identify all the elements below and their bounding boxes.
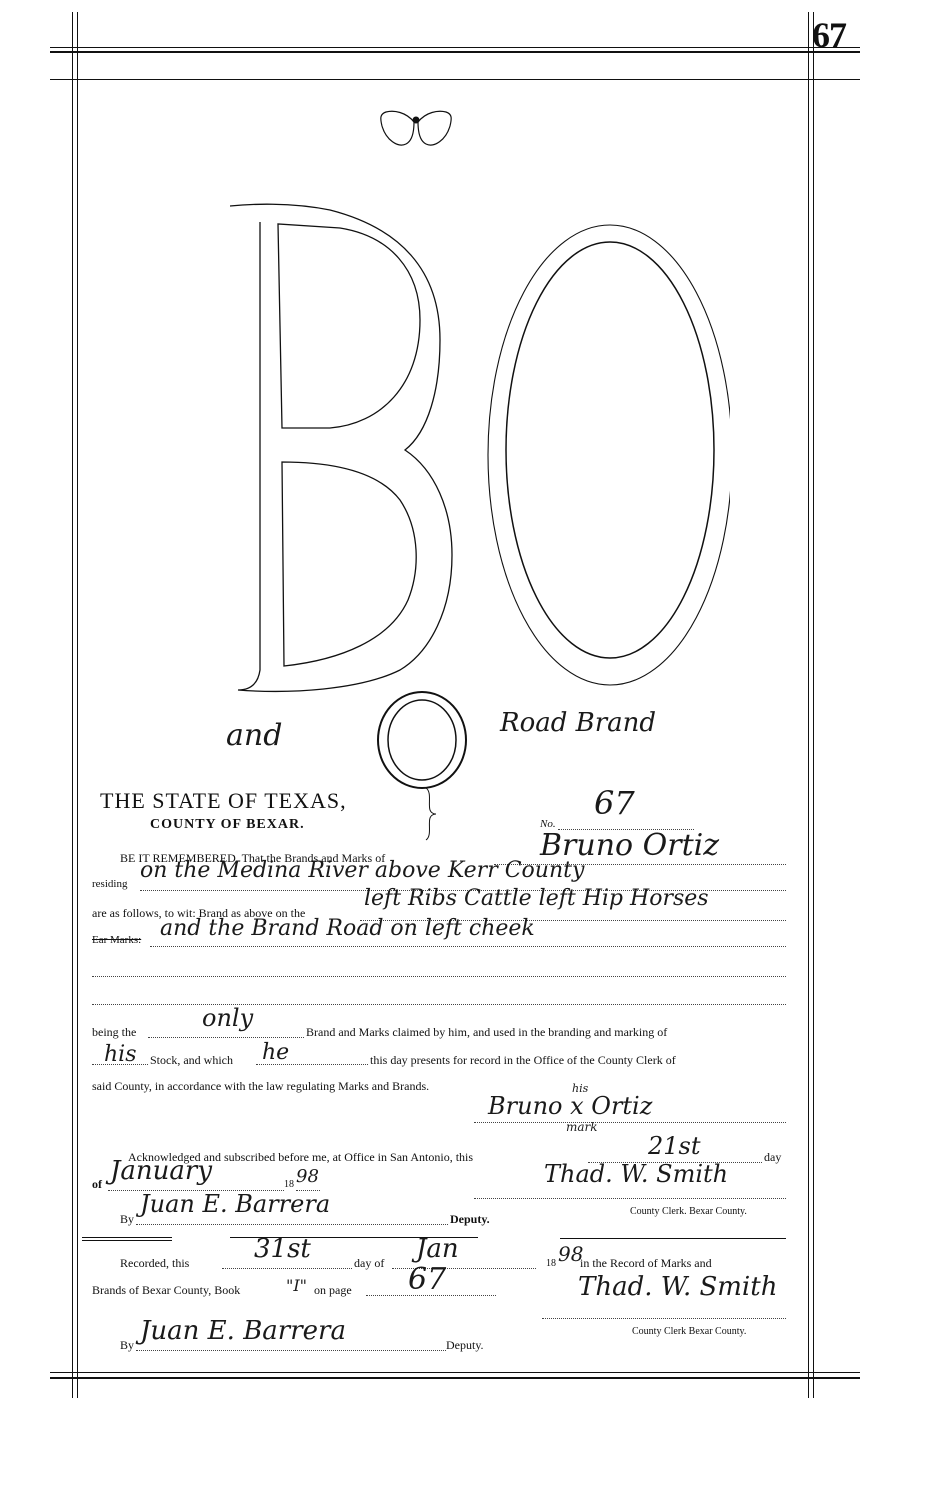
left-margin-line-inner	[77, 12, 78, 1398]
ear-marks-underline	[150, 946, 786, 947]
ear-marks-value: and the Brand Road on left cheek	[160, 916, 535, 941]
rec-record-text: in the Record of Marks and	[580, 1256, 712, 1271]
ack-deputy-label: Deputy.	[450, 1212, 490, 1227]
brace-icon	[422, 786, 438, 842]
top-rule-2	[50, 51, 860, 53]
ear-marks-label: Ear Marks:	[92, 934, 141, 946]
brand-conjunction: and	[226, 718, 282, 753]
number-value: 67	[594, 784, 635, 822]
rec-day-of-label: day of	[354, 1256, 384, 1271]
page-number: 67	[812, 14, 846, 56]
section-divider-left-2	[82, 1240, 172, 1241]
blank-line-1	[92, 976, 786, 977]
bottom-rule-2	[50, 1377, 860, 1379]
top-rule-3	[50, 79, 860, 80]
owner-signature-line	[474, 1122, 786, 1123]
owner-signature: Bruno x Ortiz	[488, 1092, 652, 1120]
left-margin-line	[72, 12, 73, 1398]
ack-of-label: of	[92, 1177, 102, 1192]
only-value: only	[202, 1004, 253, 1032]
section-divider-far	[560, 1238, 786, 1239]
road-brand-icon	[372, 688, 472, 792]
residing-label: residing	[92, 878, 127, 890]
rec-deputy-signature: Juan E. Barrera	[140, 1316, 346, 1346]
rec-page-value: 67	[408, 1262, 446, 1297]
accordance-text: said County, in accordance with the law …	[92, 1079, 429, 1094]
rec-deputy-underline	[136, 1350, 446, 1351]
he-value: he	[262, 1040, 289, 1065]
ack-clerk-signature: Thad. W. Smith	[544, 1160, 728, 1188]
county-title: COUNTY OF BEXAR.	[150, 817, 305, 833]
rec-by-label: By	[120, 1338, 134, 1353]
bottom-rule	[50, 1372, 860, 1373]
blank-line-2	[92, 1004, 786, 1005]
ack-deputy-underline	[136, 1224, 448, 1225]
ack-clerk-title: County Clerk. Bexar County.	[630, 1206, 747, 1217]
ack-year-value: 98	[296, 1166, 319, 1187]
ack-month-value: January	[110, 1156, 212, 1186]
ack-day-label: day	[764, 1150, 781, 1165]
rec-clerk-signature: Thad. W. Smith	[578, 1272, 777, 1302]
road-brand-label: Road Brand	[500, 708, 656, 738]
rec-year-prefix: 18	[546, 1258, 556, 1269]
rec-day-underline	[222, 1268, 352, 1269]
being-the-text: being the	[92, 1025, 136, 1040]
rec-brands-text: Brands of Bexar County, Book	[92, 1283, 240, 1298]
form-title: THE STATE OF TEXAS,	[100, 788, 347, 814]
only-underline	[148, 1037, 304, 1038]
ack-deputy-signature: Juan E. Barrera	[140, 1190, 330, 1218]
brand-location-value: left Ribs Cattle left Hip Horses	[364, 886, 709, 911]
ack-by-label: By	[120, 1212, 134, 1227]
ack-clerk-line	[474, 1198, 786, 1199]
ear-mark-icon	[376, 104, 456, 152]
ack-year-prefix: 18	[284, 1179, 294, 1190]
brand-bo-icon	[230, 200, 730, 700]
rec-day-value: 31st	[254, 1234, 311, 1264]
rec-clerk-line	[542, 1318, 786, 1319]
signature-mark: mark	[566, 1120, 598, 1134]
presents-text: this day presents for record in the Offi…	[370, 1053, 676, 1068]
his-value: his	[104, 1042, 137, 1067]
rec-month-value: Jan	[416, 1234, 459, 1264]
residence-value: on the Medina River above Kerr County	[140, 858, 584, 883]
section-divider-left	[82, 1237, 172, 1238]
rec-book-value: "I"	[286, 1276, 307, 1295]
ack-day-value: 21st	[648, 1132, 701, 1160]
recorded-label: Recorded, this	[120, 1256, 189, 1271]
rec-on-page-label: on page	[314, 1283, 352, 1298]
right-margin-line-inner	[813, 12, 814, 1398]
rec-deputy-label: Deputy.	[446, 1338, 484, 1353]
right-margin-line	[808, 12, 809, 1398]
top-rule	[50, 47, 860, 48]
stock-text: Stock, and which	[150, 1053, 233, 1068]
rec-clerk-title: County Clerk Bexar County.	[632, 1326, 746, 1337]
claim-text: Brand and Marks claimed by him, and used…	[306, 1025, 667, 1040]
